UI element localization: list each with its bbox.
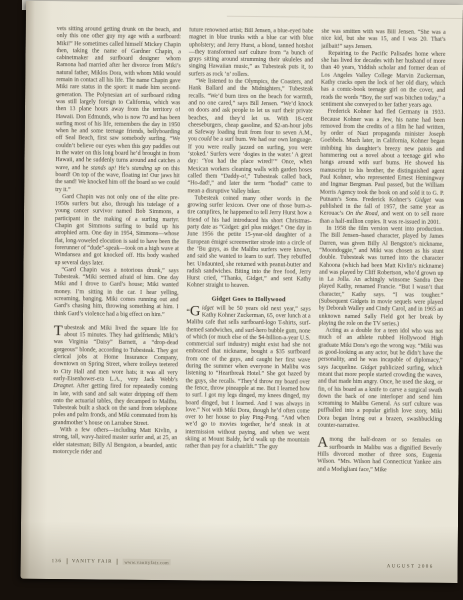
paragraph: she was smitten with was Bill Jensen. “S… [321, 29, 446, 52]
footer-divider [66, 558, 67, 564]
magazine-title: VANITY FAIR [72, 559, 113, 564]
paragraph: future renowned artist; Bill Jensen, a b… [189, 27, 314, 79]
magazine-url: www.vanityfair.com [122, 559, 171, 565]
issue-date: AUGUST 2006 [387, 564, 434, 569]
paragraph: “We listened to the Olympics, the Coaste… [187, 78, 312, 196]
page-number: 136 [52, 559, 62, 564]
paragraph: Gard Chapin was not only one of the elit… [54, 194, 179, 268]
paper-crease [227, 16, 463, 19]
text-column-3: she was smitten with was Bill Jensen. “S… [316, 29, 445, 543]
magazine-page: vets sitting around getting drunk on the… [20, 1, 463, 583]
paragraph: Frederick Kohner had fled Germany in 193… [320, 109, 445, 227]
paragraph: “Gidget will be 50 years old next year,”… [185, 305, 311, 452]
paragraph: Among the half-dozen or so females on su… [317, 437, 442, 475]
paragraph: “Gard Chapin was a notorious drunk,” say… [54, 267, 179, 319]
article-body: vets sitting around getting drunk on the… [52, 26, 446, 543]
scanned-magazine-page: vets sitting around getting drunk on the… [0, 0, 463, 600]
paragraph: Acting as a double for a teen idol who w… [318, 328, 443, 431]
paragraph: With a few others—including Matt Kivlin,… [53, 427, 178, 457]
drop-cap: A [317, 437, 329, 450]
paragraph: Tubesteak and Miki lived the square life… [53, 325, 178, 428]
drop-cap: T [54, 325, 64, 338]
section-subheading: Gidget Goes to Hollywood [186, 295, 310, 303]
paragraph: vets sitting around getting drunk on the… [55, 26, 181, 195]
paragraph: In 1958 the film version went into produ… [319, 226, 444, 329]
text-column-2: future renowned artist; Bill Jensen, a b… [184, 27, 313, 541]
footer-divider [117, 559, 118, 565]
footer-left: 136 VANITY FAIR www.vanityfair.com [52, 558, 171, 565]
paragraph: Repairing to the Pacific Palisades home … [321, 51, 446, 111]
drop-cap: G [190, 305, 202, 318]
paragraph: Tubesteak coined many other words in the… [187, 195, 312, 291]
text-column-1: vets sitting around getting drunk on the… [52, 26, 181, 540]
